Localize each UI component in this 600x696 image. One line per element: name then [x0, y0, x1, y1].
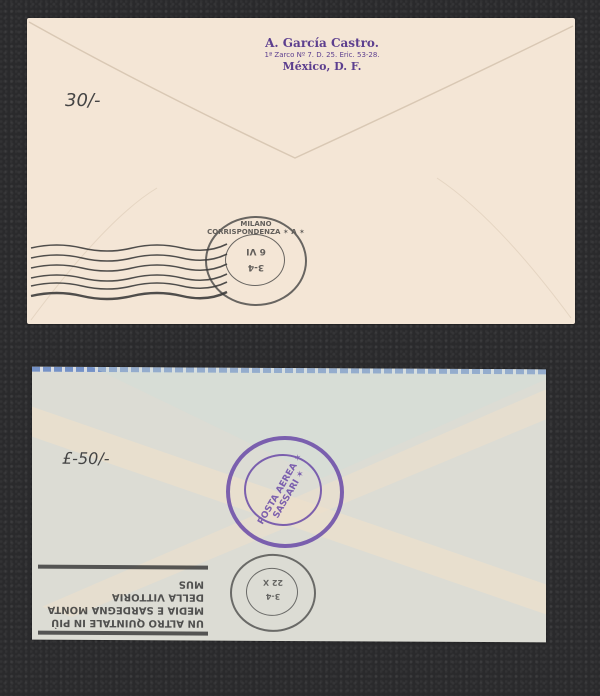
sender-name: A. García Castro.	[222, 36, 422, 50]
postmark-date-1: 6 VI	[207, 246, 305, 256]
pencil-price-note: 30/-	[65, 90, 100, 111]
pencil-price-note: £-50/-	[62, 449, 109, 468]
slogan-line: MEDIA E SARDEGNA MONTA	[42, 603, 204, 617]
postmark-date-2: 3-4	[232, 592, 314, 601]
milano-centro-postmark: 22 X 3-4	[230, 554, 316, 632]
sender-address: 1ª Zarco Nº 7. D. 25. Eric. 53-28.	[222, 51, 422, 59]
bottom-envelope: £-50/- POSTA AEREA ✶ SASSARI ✶ 22 X 3-4 …	[32, 367, 546, 643]
postmark-outer-text: MILANO CORRISPONDENZA ✶ A ✶	[207, 220, 305, 236]
posta-aerea-cachet: POSTA AEREA ✶ SASSARI ✶	[226, 436, 344, 549]
postmark-date-2: 3-4	[207, 262, 305, 272]
sender-return-stamp: A. García Castro. 1ª Zarco Nº 7. D. 25. …	[222, 36, 422, 73]
slogan-line: DELLA VITTORIA	[42, 590, 204, 604]
postmark-date-1: 22 X	[232, 578, 314, 587]
slogan-cancel: UN ALTRO QUINTALE IN PIÙ MEDIA E SARDEGN…	[38, 565, 208, 636]
sender-city: México, D. F.	[222, 60, 422, 73]
slogan-line: UN ALTRO QUINTALE IN PIÙ	[42, 616, 204, 630]
top-envelope: A. García Castro. 1ª Zarco Nº 7. D. 25. …	[27, 18, 575, 324]
slogan-line: MUS	[42, 577, 204, 591]
milano-postmark: MILANO CORRISPONDENZA ✶ A ✶ 6 VI 3-4	[205, 216, 307, 306]
